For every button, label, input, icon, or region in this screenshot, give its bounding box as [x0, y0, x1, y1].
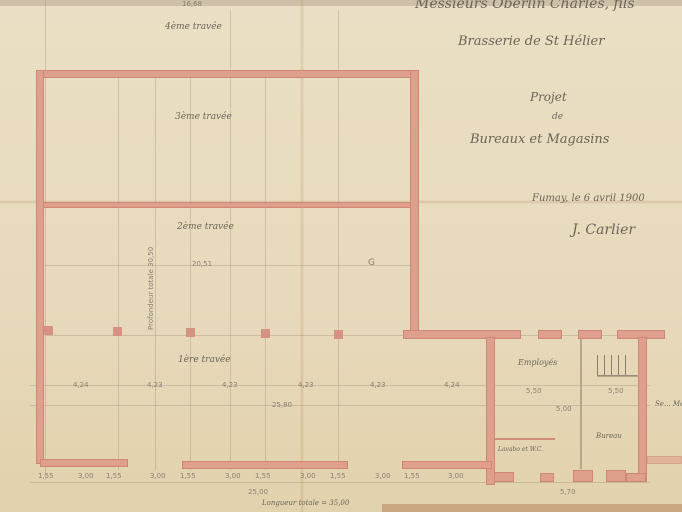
- wall-middle: [40, 202, 418, 208]
- floor-plan-sheet: Messieurs Oberlin Charles, fils Brasseri…: [0, 0, 682, 512]
- bottom-seg: 1,55: [106, 472, 122, 480]
- wall-pier: [540, 473, 554, 482]
- room-office: Bureau: [596, 432, 622, 440]
- wall-bottom-3: [402, 461, 492, 469]
- bottom-seg: 1,55: [255, 472, 271, 480]
- bay-spacing: 4,23: [298, 381, 314, 389]
- partition-wall: [580, 339, 582, 469]
- project-subject: Bureaux et Magasins: [470, 132, 609, 147]
- dim-sub-total: 25,00: [248, 488, 268, 496]
- wall-pier: [626, 473, 646, 482]
- bay-2-label: 2ème travée: [177, 222, 234, 232]
- bottom-edge: [382, 504, 682, 512]
- grid-line: [30, 482, 650, 483]
- project-connector: de: [552, 112, 563, 122]
- room-right-partial: Se... Mou...: [655, 400, 682, 408]
- bay-spacing: 4,24: [444, 381, 460, 389]
- bottom-seg: 3,00: [225, 472, 241, 480]
- wall-right-upper: [410, 70, 419, 332]
- bottom-seg: 3,00: [78, 472, 94, 480]
- room-employees: Employés: [518, 358, 557, 367]
- bottom-seg: 3,00: [300, 472, 316, 480]
- bay-spacing: 4,23: [147, 381, 163, 389]
- dim-employees: 5,00: [556, 405, 572, 413]
- wall-left: [36, 70, 44, 464]
- bay-4-label: 4ème travée: [165, 22, 222, 32]
- grid-line: [338, 10, 339, 470]
- bay-spacing: 4,24: [73, 381, 89, 389]
- dim-top-width: 16,68: [182, 0, 202, 8]
- staircase-icon: [597, 355, 637, 376]
- grid-line: [190, 70, 191, 470]
- wall-segment: [578, 330, 602, 339]
- grid-line: [265, 70, 266, 470]
- wall-annex-right: [638, 337, 647, 482]
- bottom-seg: 3,00: [375, 472, 391, 480]
- grid-line: [155, 70, 156, 470]
- pillar: [334, 330, 343, 339]
- room-lavatory: Lavabo et W.C.: [498, 446, 543, 453]
- bottom-seg: 3,00: [448, 472, 464, 480]
- dim-right-wing-width: 5,70: [560, 488, 576, 496]
- grid-line: [30, 385, 650, 386]
- bottom-seg: 1,55: [38, 472, 54, 480]
- site-name: Brasserie de St Hélier: [458, 34, 604, 49]
- dim-employees: 5,50: [608, 387, 624, 395]
- dim-row-length: 25,80: [272, 401, 292, 409]
- wall-top: [40, 70, 418, 78]
- place-date: Fumay, le 6 avril 1900: [532, 193, 645, 204]
- grid-line: [230, 10, 231, 470]
- bay-1-label: 1ère travée: [178, 355, 231, 365]
- bottom-seg: 1,55: [404, 472, 420, 480]
- wall-pier: [494, 472, 514, 482]
- wall-right-step: [403, 330, 521, 339]
- bay-3-label: 3ème travée: [175, 112, 232, 122]
- dim-profondeur-totale: Profondeur totale 30,50: [147, 247, 155, 330]
- marker-g: G: [368, 258, 375, 268]
- bottom-seg: 1,55: [330, 472, 346, 480]
- wall-segment: [538, 330, 562, 339]
- dim-inner-b: 20,51: [192, 260, 212, 268]
- partition-wall: [495, 438, 555, 440]
- bay-spacing: 4,23: [222, 381, 238, 389]
- pillar: [186, 328, 195, 337]
- dim-longueur-totale: Longueur totale = 35,00: [262, 499, 349, 507]
- pillar: [261, 329, 270, 338]
- grid-line: [45, 265, 415, 266]
- pillar: [44, 326, 53, 335]
- bottom-seg: 3,00: [150, 472, 166, 480]
- wall-stub-right: [647, 456, 682, 464]
- wall-bottom-1: [40, 459, 128, 467]
- wall-bottom-2: [182, 461, 348, 469]
- wall-pier: [606, 470, 626, 482]
- bottom-seg: 1,55: [180, 472, 196, 480]
- signature: J. Carlier: [572, 222, 635, 238]
- grid-line: [118, 70, 119, 470]
- client-name: Messieurs Oberlin Charles, fils: [415, 0, 635, 12]
- pillar: [113, 327, 122, 336]
- dim-employees: 5,50: [526, 387, 542, 395]
- project-label: Projet: [530, 90, 567, 104]
- wall-pier: [573, 470, 593, 482]
- bay-spacing: 4,23: [370, 381, 386, 389]
